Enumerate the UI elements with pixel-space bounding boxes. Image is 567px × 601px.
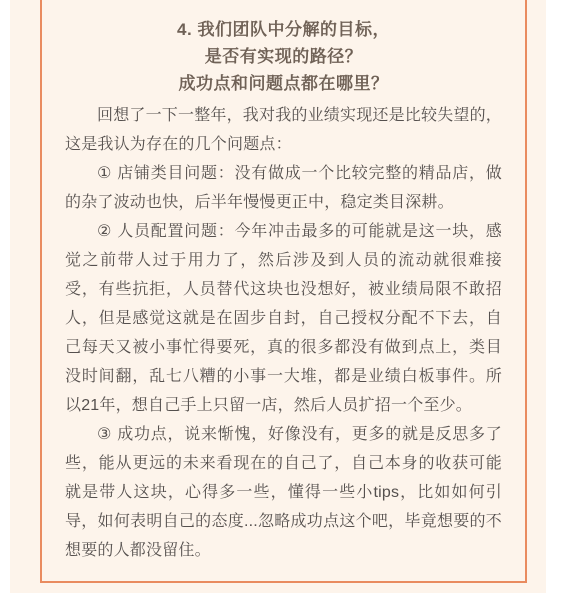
- bordered-text-box: 4. 我们团队中分解的目标， 是否有实现的路径？ 成功点和问题点都在哪里？ 回想…: [40, 0, 527, 583]
- paragraph-shop-category-problem: ① 店铺类目问题：没有做成一个比较完整的精品店，做的杂了波动也快，后半年慢慢更正…: [65, 159, 502, 217]
- title-line-3: 成功点和问题点都在哪里？: [65, 70, 502, 97]
- paragraph-intro: 回想了一下一整年，我对我的业绩实现还是比较失望的，这是我认为存在的几个问题点：: [65, 101, 502, 159]
- paragraph-staffing-problem: ② 人员配置问题：今年冲击最多的可能就是这一块，感觉之前带人过于用力了，然后涉及…: [65, 217, 502, 420]
- article-page: 4. 我们团队中分解的目标， 是否有实现的路径？ 成功点和问题点都在哪里？ 回想…: [0, 0, 567, 601]
- content-panel: 4. 我们团队中分解的目标， 是否有实现的路径？ 成功点和问题点都在哪里？ 回想…: [10, 0, 546, 593]
- title-line-2: 是否有实现的路径？: [65, 43, 502, 70]
- article-body: 回想了一下一整年，我对我的业绩实现还是比较失望的，这是我认为存在的几个问题点： …: [65, 101, 502, 565]
- paragraph-success-points: ③ 成功点，说来惭愧，好像没有，更多的就是反思多了些，能从更远的未来看现在的自己…: [65, 420, 502, 565]
- section-title: 4. 我们团队中分解的目标， 是否有实现的路径？ 成功点和问题点都在哪里？: [65, 16, 502, 97]
- title-line-1: 4. 我们团队中分解的目标，: [65, 16, 502, 43]
